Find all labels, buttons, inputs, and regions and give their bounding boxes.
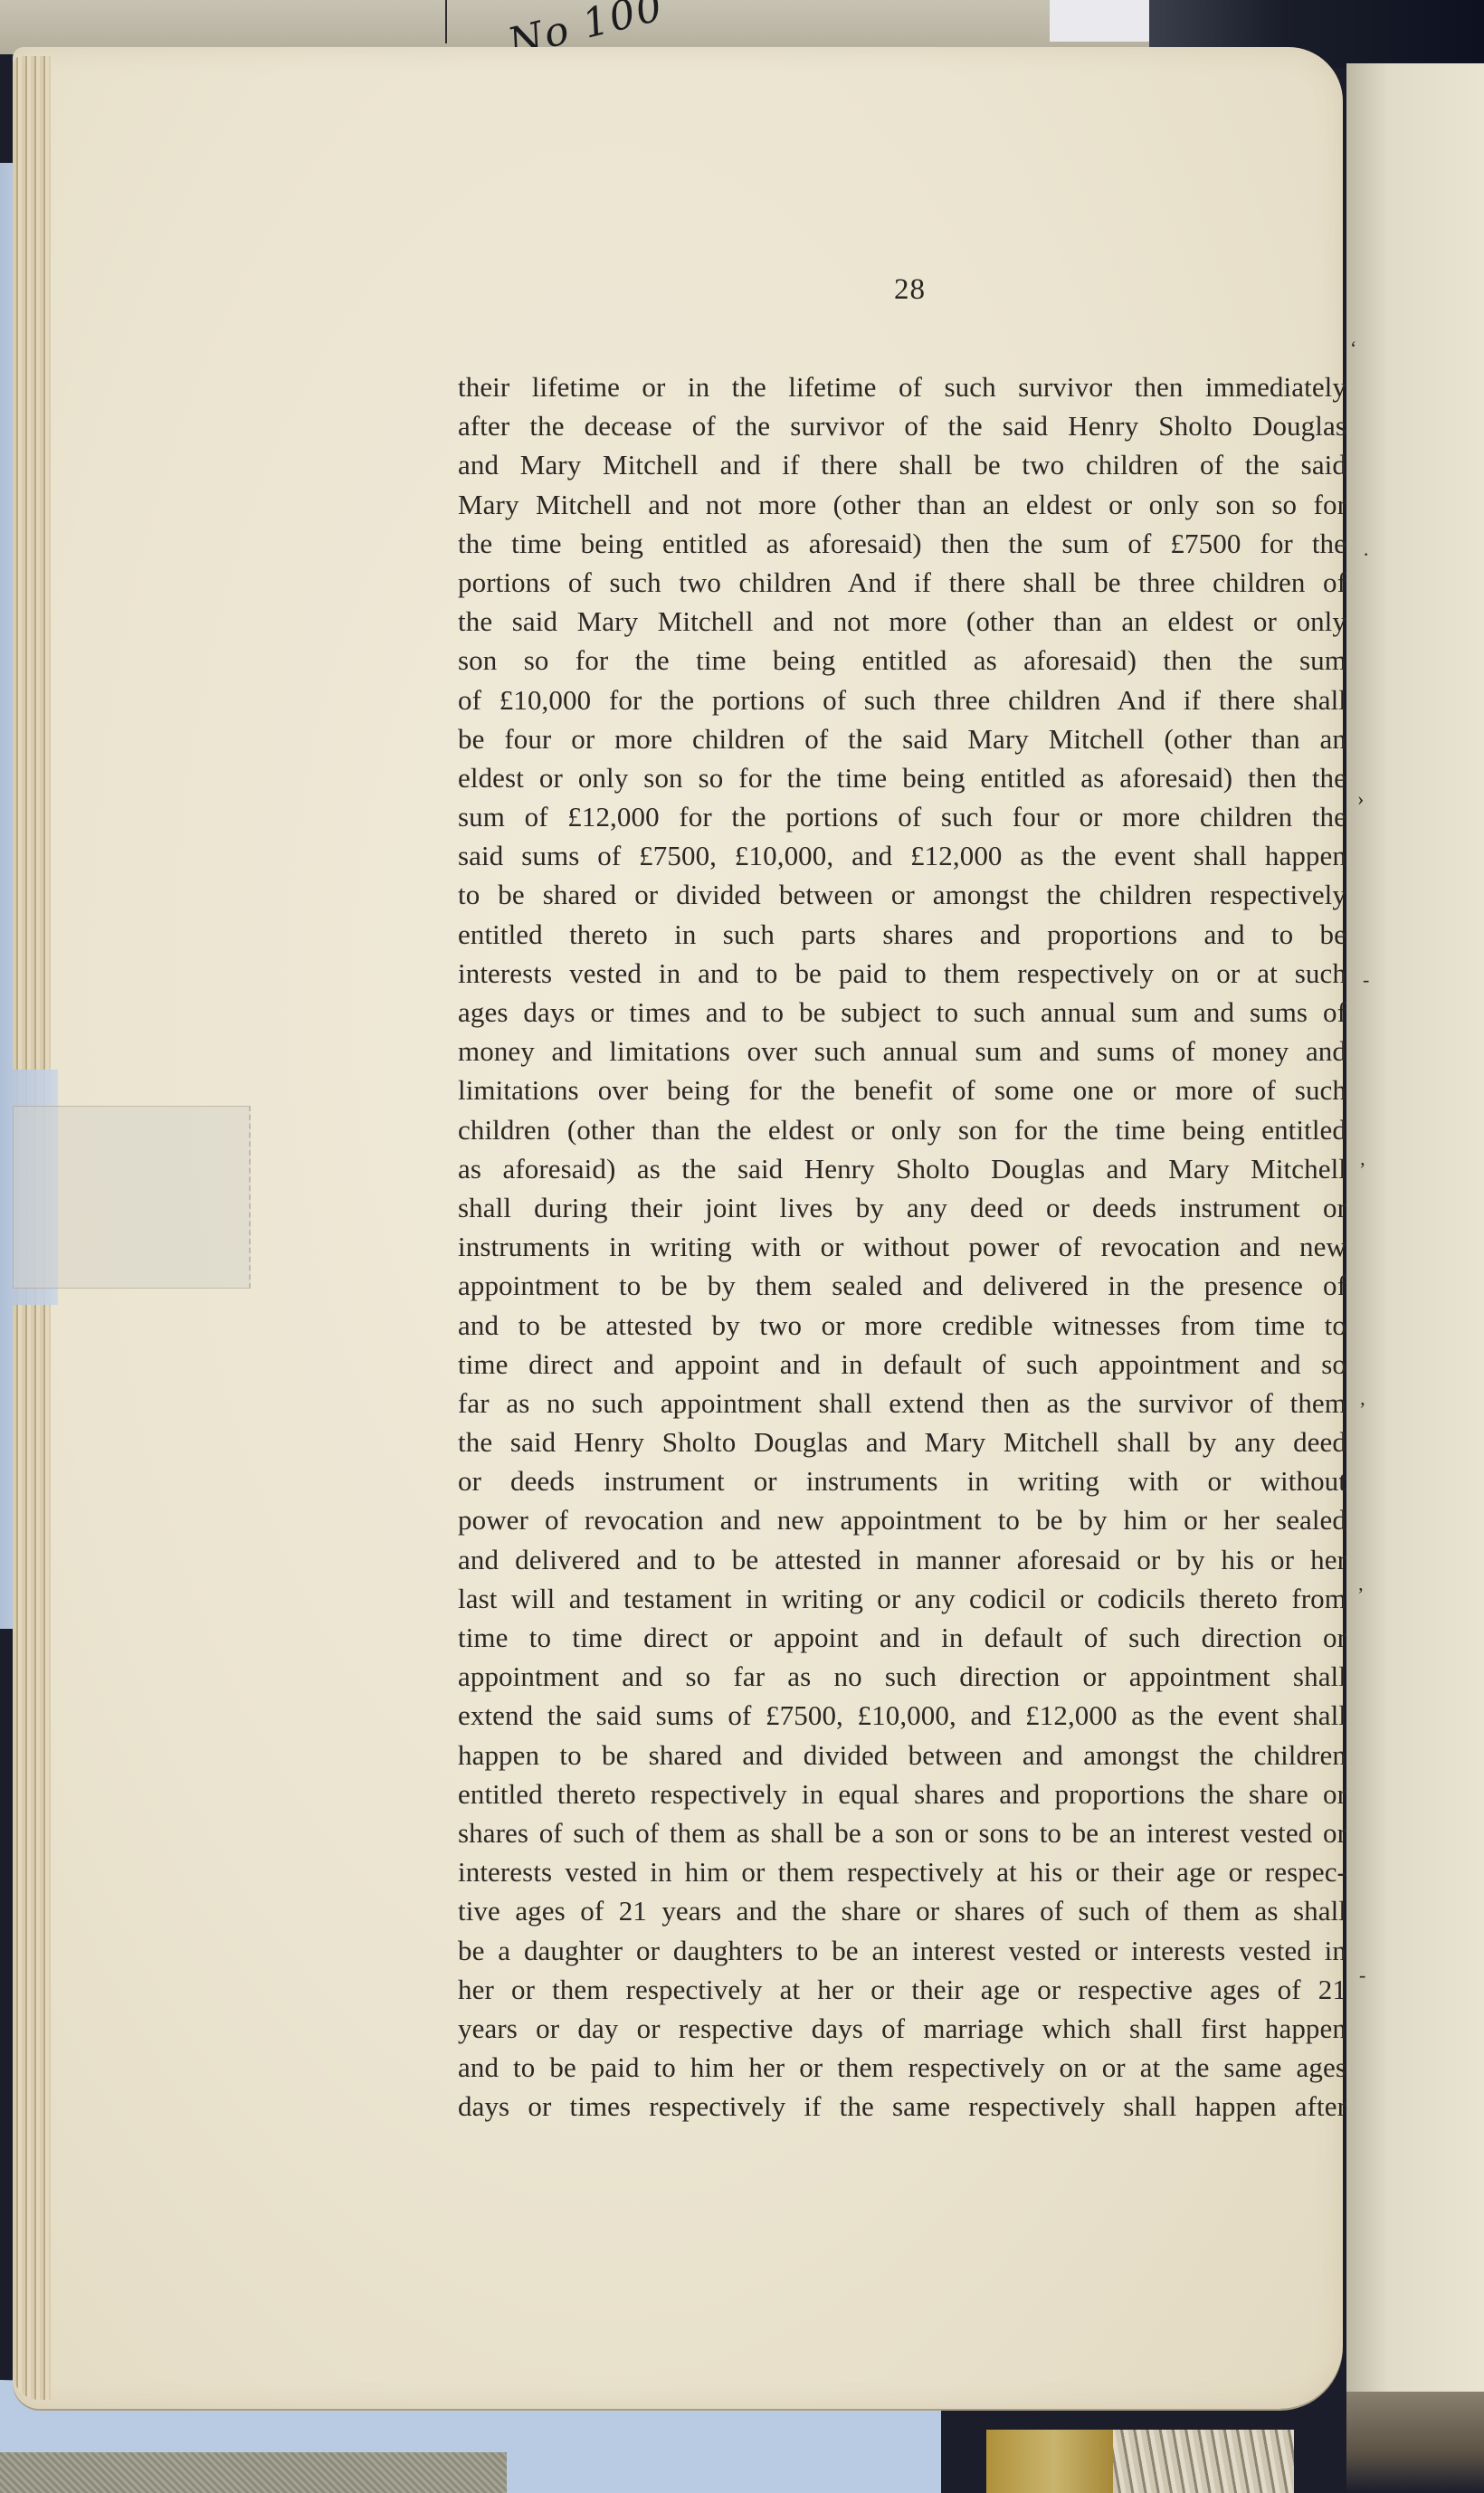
- margin-mark: -: [1363, 968, 1369, 992]
- margin-mark: ʼ: [1359, 1398, 1365, 1422]
- text-line: her or them respectively at her or their…: [458, 1970, 1346, 2009]
- text-line-content: the time being entitled as aforesaid) th…: [458, 524, 1346, 563]
- text-line-content: children (other than the eldest or only …: [458, 1110, 1346, 1149]
- text-line-content: entitled thereto respectively in equal s…: [458, 1775, 1346, 1813]
- text-line: of £10,000 for the portions of such thre…: [458, 680, 1346, 719]
- text-line-content: entitled thereto in such parts shares an…: [458, 915, 1346, 954]
- text-line: interests vested in him or them respecti…: [458, 1852, 1346, 1891]
- text-line-content: her or them respectively at her or their…: [458, 1970, 1346, 2009]
- text-line: limitations over being for the benefit o…: [458, 1070, 1346, 1109]
- text-line: instruments in writing with or without p…: [458, 1227, 1346, 1266]
- text-line: the said Henry Sholto Douglas and Mary M…: [458, 1423, 1346, 1461]
- text-line: far as no such appointment shall extend …: [458, 1384, 1346, 1423]
- text-line: money and limitations over such annual s…: [458, 1032, 1346, 1070]
- text-line: and Mary Mitchell and if there shall be …: [458, 445, 1346, 484]
- text-line-content: and to be paid to him her or them respec…: [458, 2048, 1346, 2087]
- text-line-content: son so for the time being entitled as af…: [458, 641, 1346, 680]
- margin-mark: ›: [1357, 787, 1364, 811]
- text-line: power of revocation and new appointment …: [458, 1500, 1346, 1539]
- text-line-content: be four or more children of the said Mar…: [458, 719, 1346, 758]
- text-line-content: or deeds instrument or instruments in wr…: [458, 1461, 1346, 1500]
- text-line-content: said sums of £7500, £10,000, and £12,000…: [458, 836, 1346, 875]
- text-line: interests vested in and to be paid to th…: [458, 954, 1346, 993]
- text-line: Mary Mitchell and not more (other than a…: [458, 485, 1346, 524]
- page-number: 28: [894, 273, 926, 307]
- text-line: after the decease of the survivor of the…: [458, 406, 1346, 445]
- margin-mark: ʼ: [1357, 1584, 1364, 1607]
- background-strip: [1050, 0, 1149, 42]
- text-line-content: limitations over being for the benefit o…: [458, 1070, 1346, 1109]
- text-line-content: sum of £12,000 for the portions of such …: [458, 797, 1346, 836]
- text-line-content: portions of such two children And if the…: [458, 563, 1346, 602]
- text-line-content: to be shared or divided between or among…: [458, 875, 1346, 914]
- text-line: the said Mary Mitchell and not more (oth…: [458, 602, 1346, 641]
- text-line: years or day or respective days of marri…: [458, 2009, 1346, 2048]
- text-line-content: appointment to be by them sealed and del…: [458, 1266, 1346, 1305]
- text-line-content: and Mary Mitchell and if there shall be …: [458, 445, 1346, 484]
- text-line: appointment and so far as no such direct…: [458, 1657, 1346, 1696]
- text-line: portions of such two children And if the…: [458, 563, 1346, 602]
- text-line: eldest or only son so for the time being…: [458, 758, 1346, 797]
- adjacent-page: [1346, 63, 1484, 2425]
- text-line: time to time direct or appoint and in de…: [458, 1618, 1346, 1657]
- text-line-content: last will and testament in writing or an…: [458, 1579, 1346, 1618]
- text-line: shares of such of them as shall be a son…: [458, 1813, 1346, 1852]
- text-line: son so for the time being entitled as af…: [458, 641, 1346, 680]
- text-line-content: and delivered and to be attested in mann…: [458, 1540, 1346, 1579]
- text-line: or deeds instrument or instruments in wr…: [458, 1461, 1346, 1500]
- text-line-content: far as no such appointment shall extend …: [458, 1384, 1346, 1423]
- text-line-content: instruments in writing with or without p…: [458, 1227, 1346, 1266]
- text-line: shall during their joint lives by any de…: [458, 1188, 1346, 1227]
- text-line-content: as aforesaid) as the said Henry Sholto D…: [458, 1149, 1346, 1188]
- text-line: ages days or times and to be subject to …: [458, 993, 1346, 1032]
- margin-mark: ·: [1363, 543, 1369, 566]
- text-line: extend the said sums of £7500, £10,000, …: [458, 1696, 1346, 1735]
- margin-mark: ʼ: [1359, 1158, 1365, 1182]
- text-line: sum of £12,000 for the portions of such …: [458, 797, 1346, 836]
- text-line-content: appointment and so far as no such direct…: [458, 1657, 1346, 1696]
- text-line-content: money and limitations over such annual s…: [458, 1032, 1346, 1070]
- text-line: as aforesaid) as the said Henry Sholto D…: [458, 1149, 1346, 1188]
- text-line-content: interests vested in him or them respecti…: [458, 1852, 1346, 1891]
- text-line: be four or more children of the said Mar…: [458, 719, 1346, 758]
- text-line: appointment to be by them sealed and del…: [458, 1266, 1346, 1305]
- text-line-content: the said Mary Mitchell and not more (oth…: [458, 602, 1346, 641]
- text-line: and to be paid to him her or them respec…: [458, 2048, 1346, 2087]
- text-line: the time being entitled as aforesaid) th…: [458, 524, 1346, 563]
- text-line-content: years or day or respective days of marri…: [458, 2009, 1346, 2048]
- text-line: time direct and appoint and in default o…: [458, 1345, 1346, 1384]
- text-line-content: time direct and appoint and in default o…: [458, 1345, 1346, 1384]
- text-line-content: tive ages of 21 years and the share or s…: [458, 1891, 1346, 1930]
- text-line-content: days or times respectively if the same r…: [458, 2087, 1346, 2126]
- text-line: said sums of £7500, £10,000, and £12,000…: [458, 836, 1346, 875]
- text-line: and to be attested by two or more credib…: [458, 1306, 1346, 1345]
- text-line: and delivered and to be attested in mann…: [458, 1540, 1346, 1579]
- margin-mark: -: [1359, 1964, 1365, 1987]
- document-body: their lifetime or in the lifetime of suc…: [458, 367, 1346, 2126]
- text-line-content: eldest or only son so for the time being…: [458, 758, 1346, 797]
- text-line-content: shares of such of them as shall be a son…: [458, 1813, 1346, 1852]
- text-line-content: be a daughter or daughters to be an inte…: [458, 1931, 1346, 1970]
- text-line-content: Mary Mitchell and not more (other than a…: [458, 485, 1346, 524]
- text-line: last will and testament in writing or an…: [458, 1579, 1346, 1618]
- frayed-paper: [1113, 2430, 1294, 2493]
- text-line: happen to be shared and divided between …: [458, 1736, 1346, 1775]
- text-line-content: ages days or times and to be subject to …: [458, 993, 1346, 1032]
- text-line-content: the said Henry Sholto Douglas and Mary M…: [458, 1423, 1346, 1461]
- text-line: their lifetime or in the lifetime of suc…: [458, 367, 1346, 406]
- text-line: entitled thereto respectively in equal s…: [458, 1775, 1346, 1813]
- text-line: entitled thereto in such parts shares an…: [458, 915, 1346, 954]
- text-line: children (other than the eldest or only …: [458, 1110, 1346, 1149]
- text-line-content: shall during their joint lives by any de…: [458, 1188, 1346, 1227]
- adhesive-tape: [13, 1106, 251, 1289]
- text-line-content: their lifetime or in the lifetime of suc…: [458, 367, 1346, 406]
- text-line: be a daughter or daughters to be an inte…: [458, 1931, 1346, 1970]
- text-line-content: interests vested in and to be paid to th…: [458, 954, 1346, 993]
- text-line-content: of £10,000 for the portions of such thre…: [458, 680, 1346, 719]
- text-line-content: time to time direct or appoint and in de…: [458, 1618, 1346, 1657]
- text-line-content: happen to be shared and divided between …: [458, 1736, 1346, 1775]
- text-line-content: and to be attested by two or more credib…: [458, 1306, 1346, 1345]
- fabric-binding: [0, 2452, 507, 2493]
- text-line: tive ages of 21 years and the share or s…: [458, 1891, 1346, 1930]
- pencil-line: [445, 0, 447, 43]
- cellophane-scrap: [986, 2430, 1122, 2493]
- text-line: days or times respectively if the same r…: [458, 2087, 1346, 2126]
- text-line-content: extend the said sums of £7500, £10,000, …: [458, 1696, 1346, 1735]
- text-line-content: after the decease of the survivor of the…: [458, 406, 1346, 445]
- text-line: to be shared or divided between or among…: [458, 875, 1346, 914]
- text-line-content: power of revocation and new appointment …: [458, 1500, 1346, 1539]
- margin-mark: ʻ: [1350, 337, 1356, 360]
- adjacent-page-bottom: [1346, 2392, 1484, 2493]
